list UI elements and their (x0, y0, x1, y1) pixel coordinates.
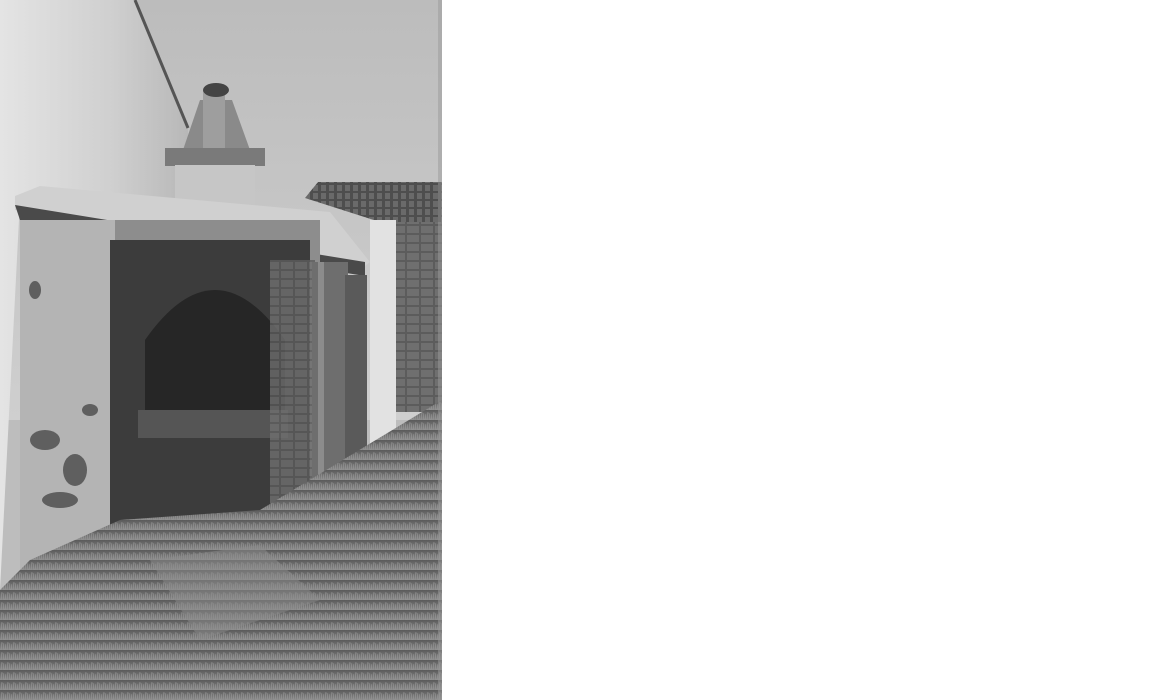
oven-ledge (138, 410, 288, 438)
chimney-base (175, 165, 255, 205)
oven-scene (0, 0, 442, 700)
chimney-pipe (203, 90, 225, 150)
oven-side-wall (20, 220, 115, 580)
photograph (0, 0, 442, 700)
empty-canvas (442, 0, 1152, 700)
chimney-cap (165, 148, 265, 166)
